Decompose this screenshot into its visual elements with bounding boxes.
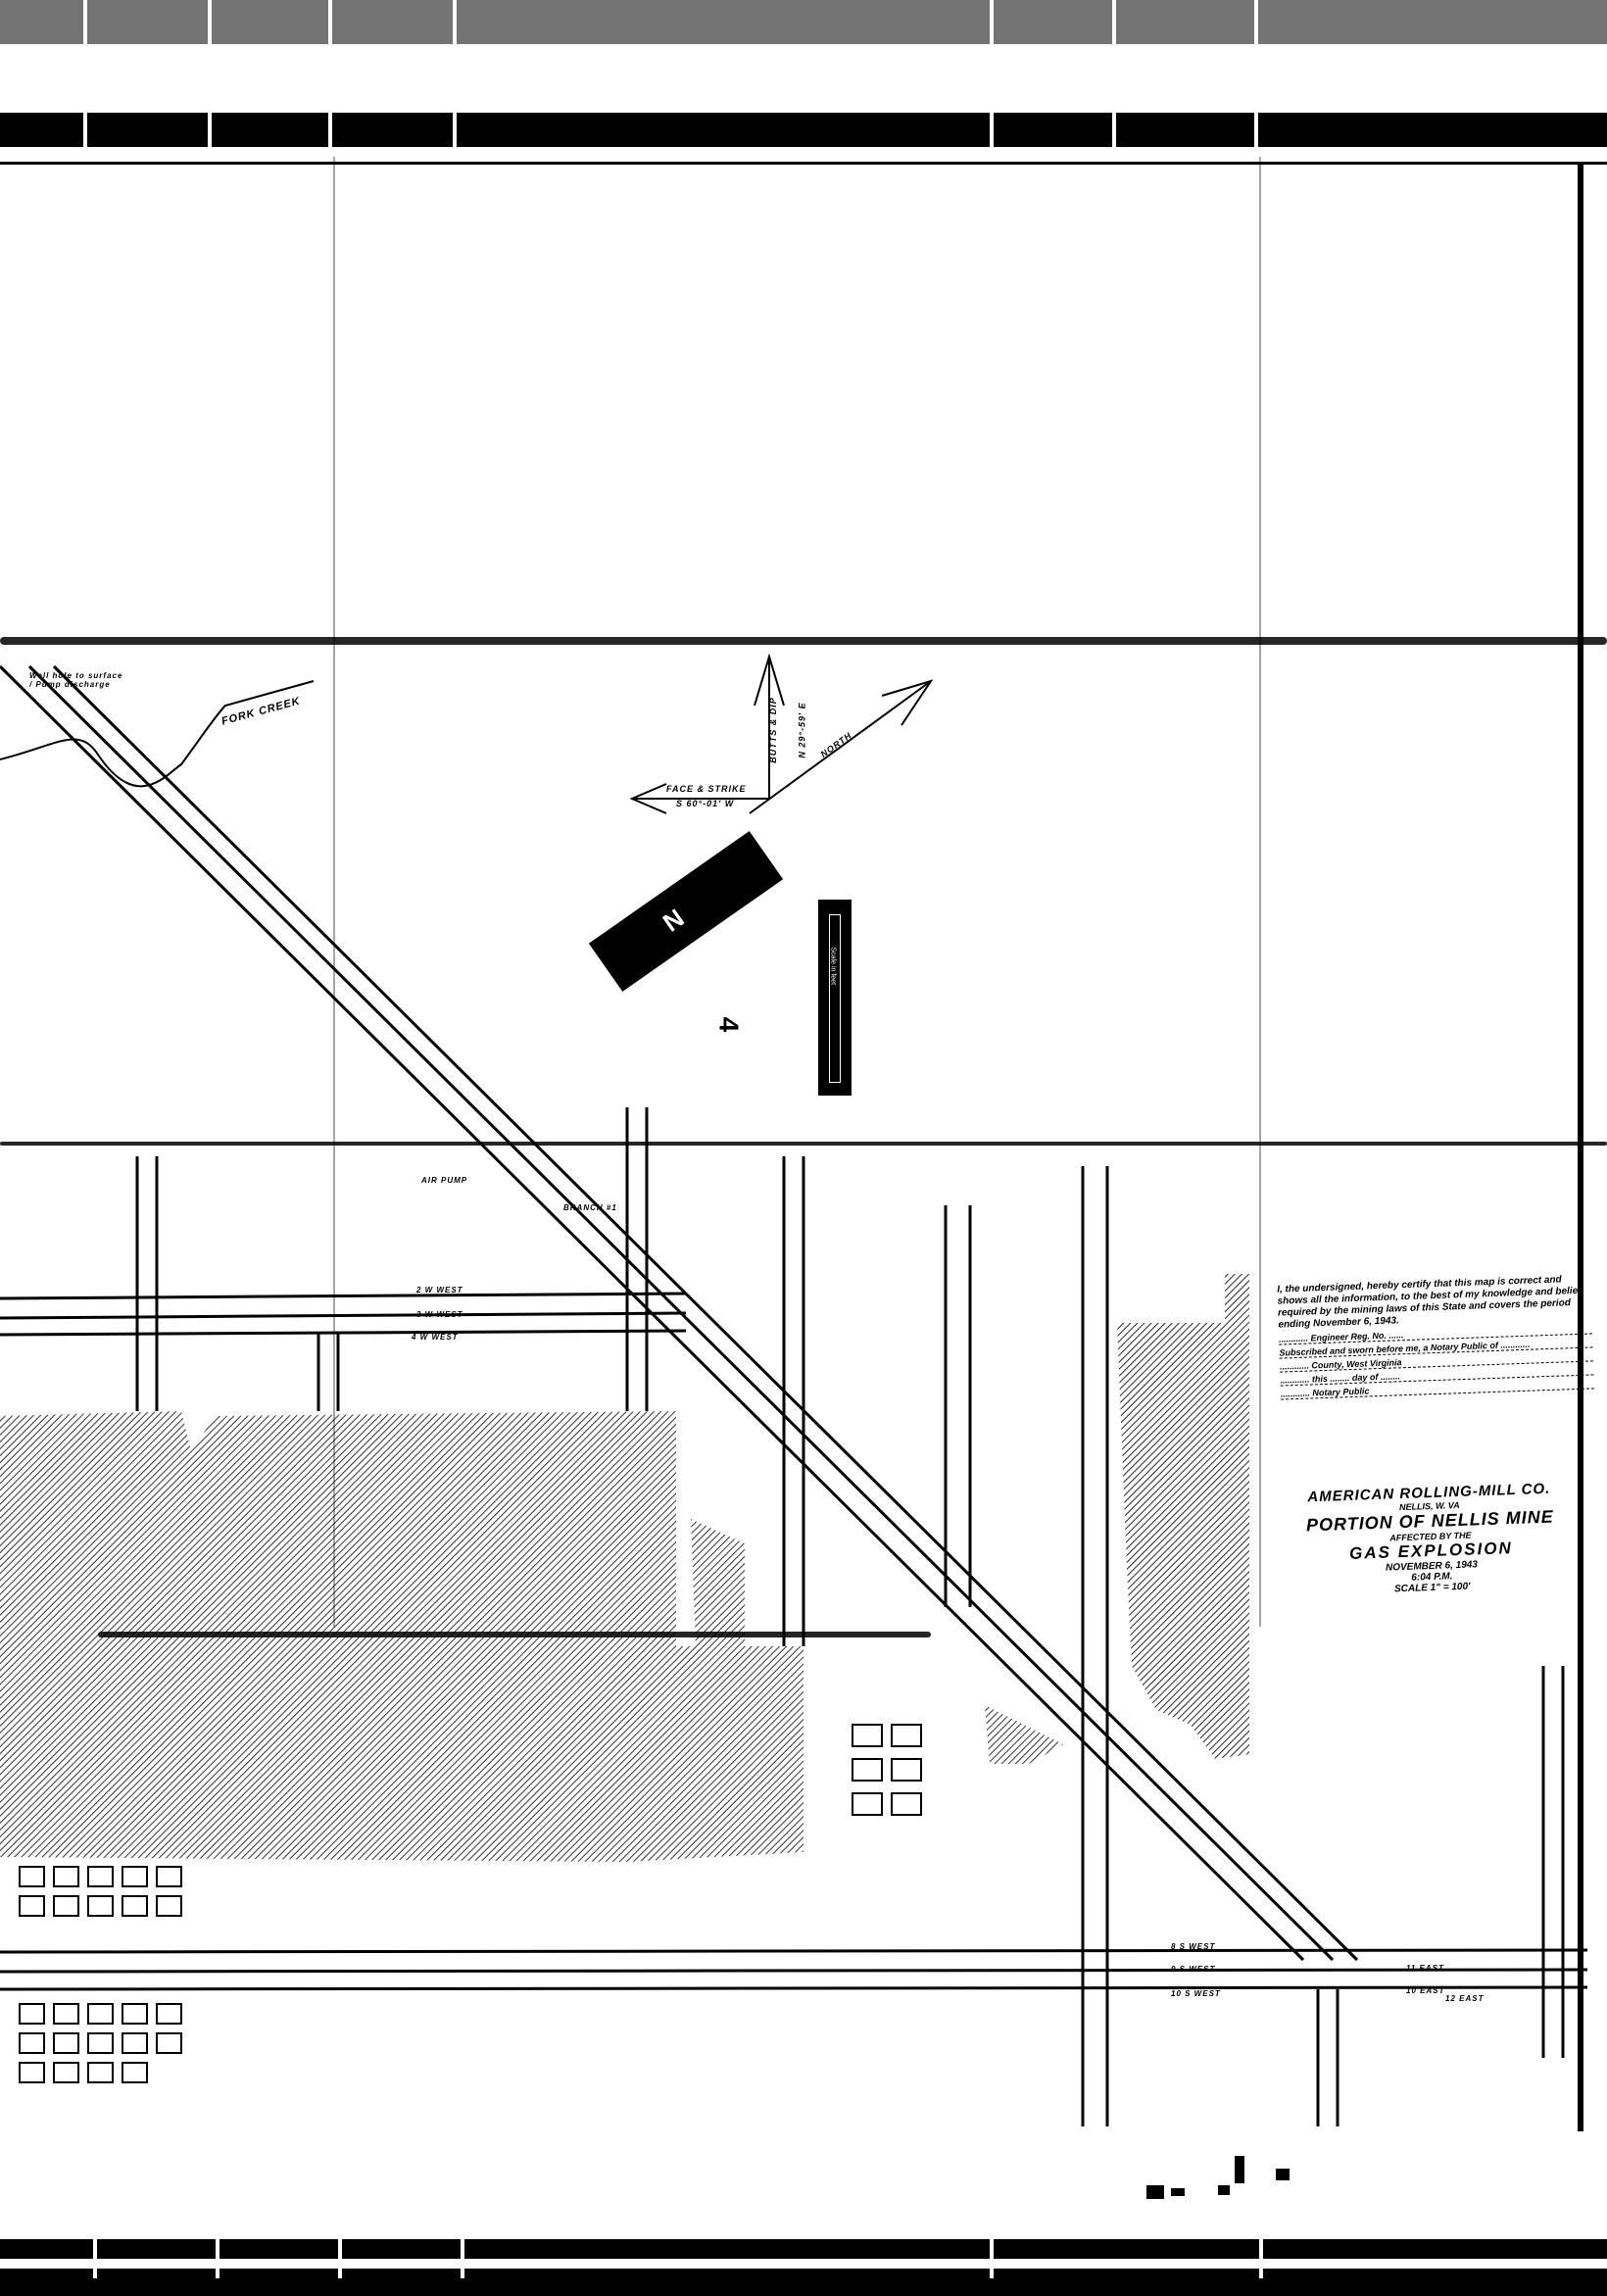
- mine-map: [0, 157, 1607, 2131]
- butts-dip-bearing: N 29°-59' E: [798, 702, 807, 757]
- face-strike-bearing: S 60°-01' W: [676, 799, 734, 808]
- title-block: AMERICAN ROLLING-MILL CO. NELLIS, W. VA …: [1282, 1480, 1580, 1598]
- film-border-bottom: [0, 2131, 1607, 2296]
- fold-crease: [98, 1632, 931, 1637]
- entry-label: 10 EAST: [1406, 1986, 1444, 1995]
- fold-crease: [1259, 157, 1261, 1627]
- entry-label: 3 W WEST: [416, 1310, 463, 1319]
- map-border-right: [1578, 162, 1583, 2131]
- fold-crease: [333, 157, 335, 1627]
- entry-label: 10 S WEST: [1171, 1989, 1221, 1998]
- entry-label: 4 W WEST: [412, 1333, 459, 1342]
- entry-label: 9 S WEST: [1171, 1965, 1215, 1974]
- face-strike-label: FACE & STRIKE: [666, 784, 747, 794]
- entry-label: 12 EAST: [1445, 1994, 1484, 2003]
- entry-label: 11 EAST: [1406, 1964, 1444, 1973]
- certification-block: I, the undersigned, hereby certify that …: [1277, 1273, 1594, 1399]
- fold-crease: [0, 1142, 1607, 1146]
- sheet-marker: 4: [712, 1017, 744, 1034]
- scale-bar-label: Scale in feet: [830, 948, 837, 1036]
- film-border-top: [0, 0, 1607, 167]
- fold-crease: [0, 637, 1607, 645]
- scale-bar-stamp: Scale in feet: [818, 900, 852, 1096]
- entry-label: 2 W WEST: [416, 1286, 463, 1295]
- entry-label: 8 S WEST: [1171, 1942, 1215, 1951]
- branch-label: BRANCH #1: [563, 1203, 617, 1212]
- explosion-affected-area-east: [1117, 1274, 1249, 1759]
- north-arrow-letter: N: [657, 903, 690, 938]
- butts-dip-label: BUTTS & DIP: [768, 697, 778, 763]
- air-pump-label: AIR PUMP: [421, 1176, 467, 1185]
- well-note: Well hole to surface / Pump discharge: [29, 671, 127, 689]
- certification-text: I, the undersigned, hereby certify that …: [1277, 1273, 1591, 1331]
